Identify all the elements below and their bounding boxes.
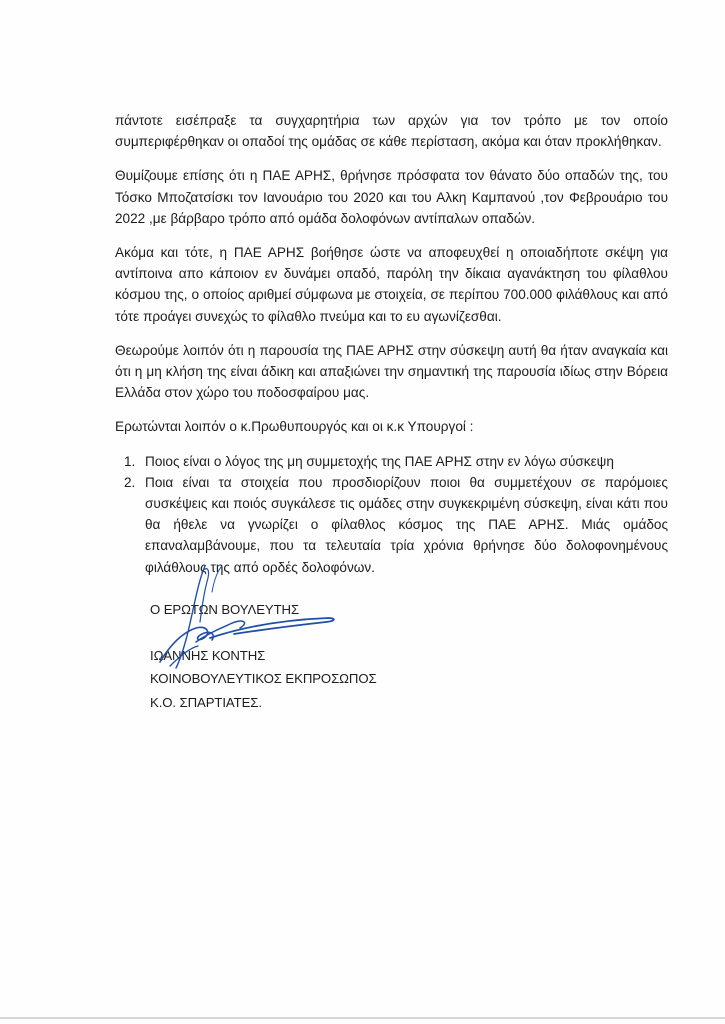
signatory-name: ΙΩΑΝΝΗΣ ΚΟΝΤΗΣ bbox=[150, 644, 377, 668]
question-number: 1. bbox=[124, 451, 135, 472]
paragraph-victims: Θυμίζουμε επίσης ότι η ΠΑΕ ΑΡΗΣ, θρήνησε… bbox=[115, 165, 668, 229]
question-item: 2. Ποια είναι τα στοιχεία που προσδιορίζ… bbox=[115, 472, 668, 578]
paragraph-conclusion: Θεωρούμε λοιπόν ότι η παρουσία της ΠΑΕ Α… bbox=[115, 340, 668, 404]
paragraph-restraint: Ακόμα και τότε, η ΠΑΕ ΑΡΗΣ βοήθησε ώστε … bbox=[115, 242, 668, 327]
paragraph-congratulations: πάντοτε εισέπραξε τα συγχαρητήρια των αρ… bbox=[115, 110, 668, 152]
page-bottom-edge bbox=[0, 1017, 725, 1019]
signature-block: Ο ΕΡΩΤΩΝ ΒΟΥΛΕΥΤΗΣ ΙΩΑΝΝΗΣ ΚΟΝΤΗΣ ΚΟΙΝΟΒ… bbox=[150, 598, 377, 714]
question-text: Ποια είναι τα στοιχεία που προσδιορίζουν… bbox=[145, 475, 668, 575]
signatory-title: Ο ΕΡΩΤΩΝ ΒΟΥΛΕΥΤΗΣ bbox=[150, 598, 377, 622]
signatory-role: ΚΟΙΝΟΒΟΥΛΕΥΤΙΚΟΣ ΕΚΠΡΟΣΩΠΟΣ bbox=[150, 667, 377, 691]
paragraph-question-intro: Ερωτώνται λοιπόν ο κ.Πρωθυπουργός και οι… bbox=[115, 416, 668, 437]
signatory-party: Κ.Ο. ΣΠΑΡΤΙΑΤΕΣ. bbox=[150, 691, 377, 715]
question-text: Ποιος είναι ο λόγος της μη συμμετοχής τη… bbox=[145, 454, 614, 469]
question-list: 1. Ποιος είναι ο λόγος της μη συμμετοχής… bbox=[115, 451, 668, 578]
question-item: 1. Ποιος είναι ο λόγος της μη συμμετοχής… bbox=[115, 451, 668, 472]
question-number: 2. bbox=[124, 472, 135, 493]
document-body: πάντοτε εισέπραξε τα συγχαρητήρια των αρ… bbox=[115, 110, 668, 578]
document-page: πάντοτε εισέπραξε τα συγχαρητήρια των αρ… bbox=[0, 0, 725, 1024]
